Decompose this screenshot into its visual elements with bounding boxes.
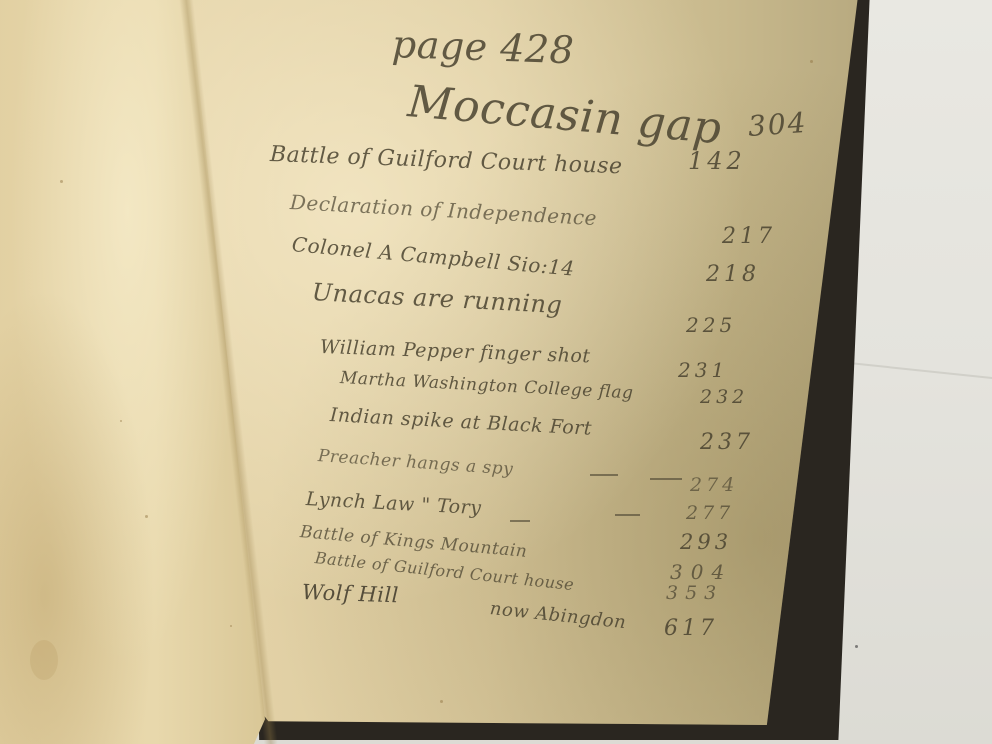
index-entry-page: 232 [700,386,748,408]
index-entry-text: William Pepper finger shot [320,336,591,367]
leader-dash [590,474,618,476]
leader-dash [615,514,640,516]
photo-scene: page 428 Moccasin gap 304 Battle of Guil… [0,0,992,744]
index-entry-page: 217 [722,224,776,249]
index-entry-page: 274 [690,474,738,496]
index-entry-text: now Abingdon [489,598,627,633]
index-entry-text: Lynch Law " Tory [305,488,482,519]
leader-dash [510,520,530,522]
page-reference: page 428 [391,22,575,72]
index-entry-text: Battle of Guilford Court house [270,142,623,179]
index-entry-page: 231 [678,358,728,382]
index-title: Moccasin gap [406,76,724,154]
index-entry-text: Unacas are running [311,278,563,319]
index-entry-page: 142 [688,147,746,175]
index-entry-page: 353 [666,582,723,604]
index-entry-page: 293 [680,530,732,554]
index-entry-text: Colonel A Campbell Sio:14 [291,232,576,281]
handwritten-index: page 428 Moccasin gap 304 Battle of Guil… [0,0,992,744]
index-entry-text: Wolf Hill [302,580,400,607]
index-entry-page: 237 [700,430,754,455]
index-entry-text: Declaration of Independence [289,190,597,230]
index-entry-page: 218 [706,262,760,287]
leader-dash [650,478,682,480]
index-entry-page: 617 [664,616,718,641]
index-entry-page: 225 [686,313,736,337]
index-entry-text: Preacher hangs a spy [317,446,514,480]
index-entry-text: Indian spike at Black Fort [329,404,592,440]
index-entry-text: Martha Washington College flag [339,368,633,403]
index-entry-page: 277 [686,502,734,524]
index-title-page: 304 [747,106,809,143]
index-entry-page: 304 [670,560,732,584]
